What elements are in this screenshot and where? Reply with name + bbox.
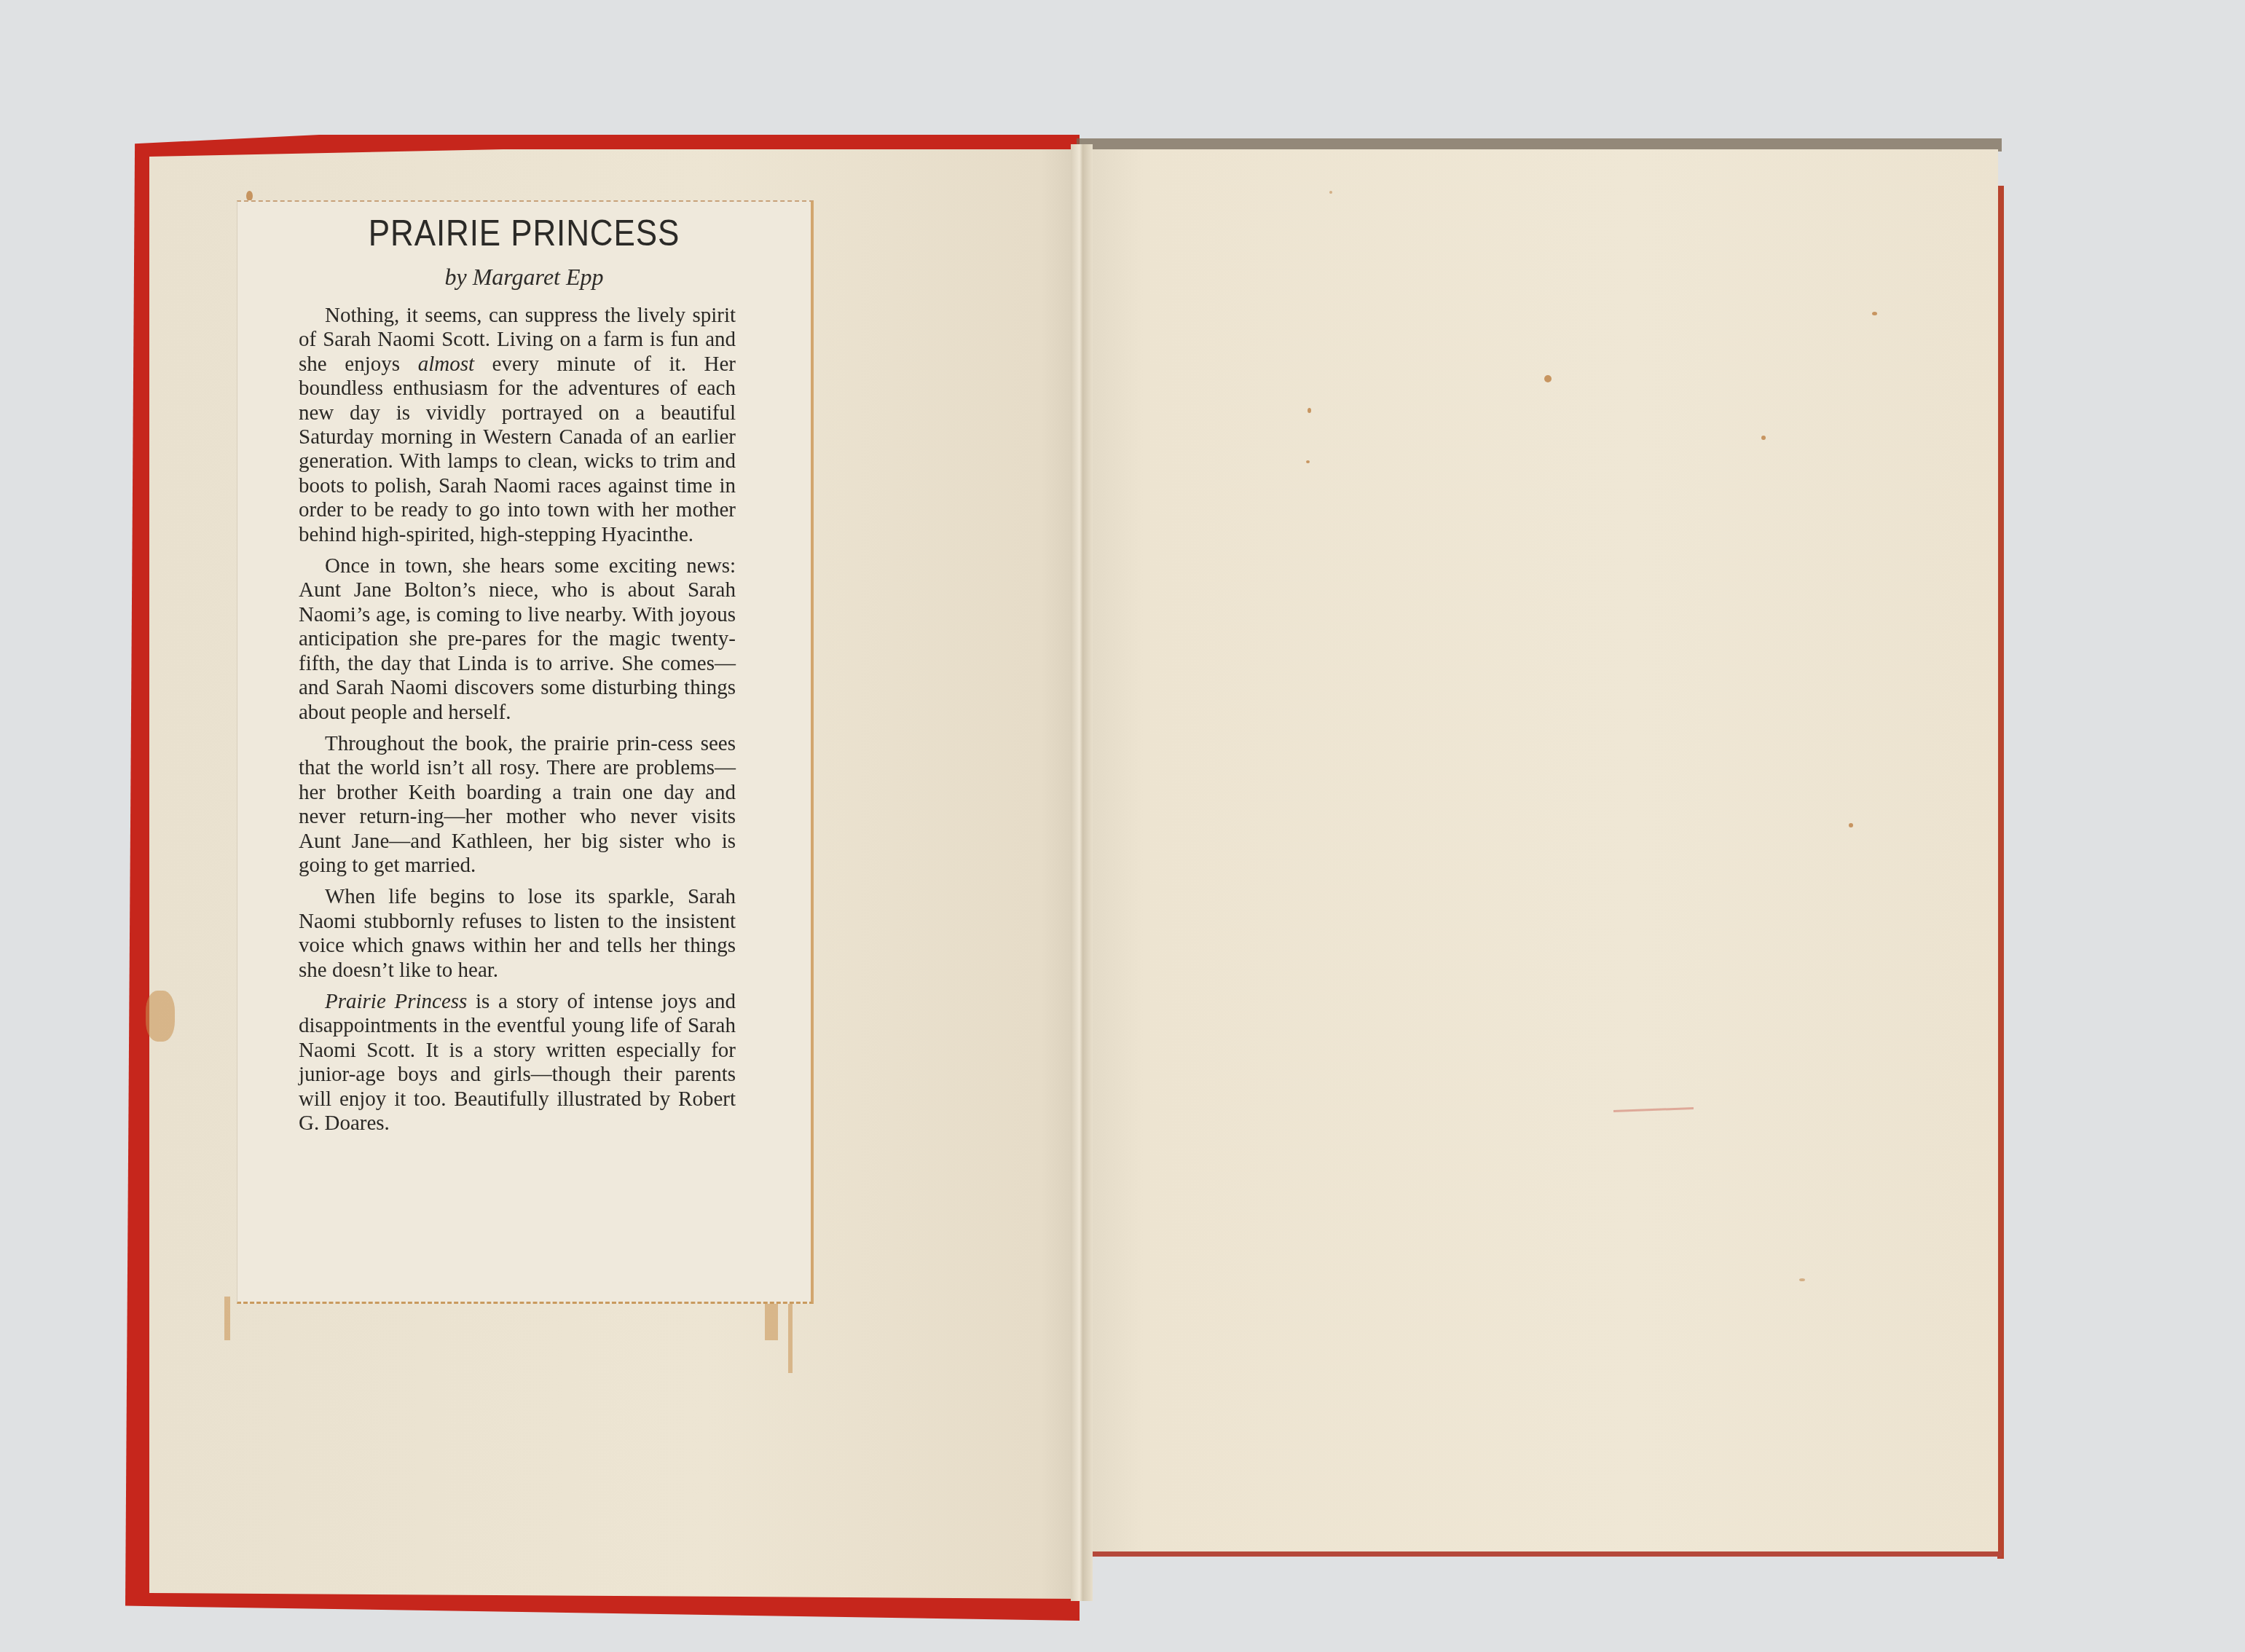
foxing-stain xyxy=(765,1304,778,1340)
paragraph-text: every minute of it. Her boundless en­thu… xyxy=(299,353,736,546)
foxing-stain xyxy=(224,1297,230,1340)
foxing-spot xyxy=(246,191,253,201)
clipping-body: Nothing, it seems, can suppress the live… xyxy=(299,304,736,1143)
clipping-paragraph: Prairie Princess is a story of intense j… xyxy=(299,990,736,1136)
foxing-spot xyxy=(1306,460,1310,463)
clipping-paragraph: Once in town, she hears some exciting ne… xyxy=(299,554,736,725)
foxing-spot xyxy=(1308,408,1311,413)
foxing-spot xyxy=(1799,1278,1805,1281)
clipping-paragraph: Throughout the book, the prairie prin-ce… xyxy=(299,732,736,878)
clipping-title: PRAIRIE PRINCESS xyxy=(272,212,776,254)
foxing-spot xyxy=(1761,436,1766,440)
paragraph-italic-text: almost xyxy=(418,353,474,376)
foxing-stain xyxy=(146,991,175,1042)
clipping-paragraph: Nothing, it seems, can suppress the live… xyxy=(299,304,736,547)
foxing-spot xyxy=(1872,312,1877,315)
foxing-spot xyxy=(1329,191,1332,194)
right-page xyxy=(1089,149,1998,1551)
clipping-paragraph: When life begins to lose its sparkle, Sa… xyxy=(299,885,736,983)
newspaper-clipping: PRAIRIE PRINCESS by Margaret Epp Nothing… xyxy=(237,200,814,1304)
foxing-spot xyxy=(1849,823,1853,827)
clipping-author: by Margaret Epp xyxy=(237,264,811,291)
book-gutter xyxy=(1071,144,1093,1601)
paragraph-italic-text: Prairie Princess xyxy=(325,990,467,1013)
back-cover-edge xyxy=(1997,186,2004,1559)
foxing-spot xyxy=(1544,375,1552,382)
